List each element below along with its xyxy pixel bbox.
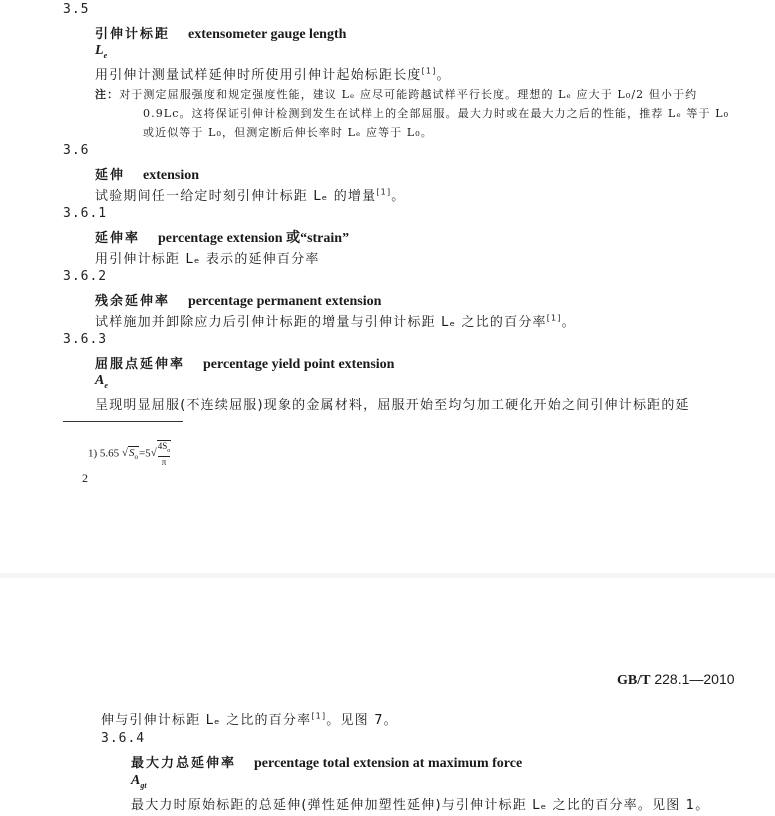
- symbol-3-5: Le: [95, 43, 107, 60]
- reference-mark: [1]: [547, 314, 562, 323]
- term-en: percentage yield point extension: [203, 357, 394, 372]
- section-number-3-6-4: 3.6.4: [101, 731, 145, 746]
- definition-3-6-3-part2: 伸与引伸计标距 Lₑ 之比的百分率[1]。见图 7。: [101, 709, 398, 728]
- term-en: extensometer gauge length: [188, 27, 346, 42]
- page-separator: [0, 573, 775, 578]
- section-number-3-6: 3.6: [63, 143, 89, 158]
- term-zh: 延伸率: [95, 231, 140, 246]
- term-en: percentage total extension at maximum fo…: [254, 756, 522, 771]
- definition-3-5: 用引伸计测量试样延伸时所使用引伸计起始标距长度[1]。: [95, 64, 451, 83]
- definition-3-6-4: 最大力时原始标距的总延伸(弹性延伸加塑性延伸)与引伸计标距 Lₑ 之比的百分率。…: [131, 794, 709, 813]
- note-3-5-line-2: 0.9Lc。这将保证引伸计检测到发生在试样上的全部屈服。最大力时或在最大力之后的…: [143, 105, 729, 121]
- term-3-5: 引伸计标距extensometer gauge length: [95, 23, 346, 43]
- section-number-3-6-2: 3.6.2: [63, 269, 107, 284]
- term-3-6-2: 残余延伸率percentage permanent extension: [95, 290, 381, 310]
- page-number: 2: [82, 471, 88, 486]
- definition-3-6-2: 试样施加并卸除应力后引伸计标距的增量与引伸计标距 Lₑ 之比的百分率[1]。: [95, 311, 576, 330]
- definition-3-6-3-part1: 呈现明显屈服(不连续屈服)现象的金属材料，屈服开始至均匀加工硬化开始之间引伸计标…: [95, 394, 690, 413]
- term-3-6-4: 最大力总延伸率percentage total extension at max…: [131, 752, 522, 772]
- definition-3-6-1: 用引伸计标距 Lₑ 表示的延伸百分率: [95, 248, 320, 267]
- definition-3-6: 试验期间任一给定时刻引伸计标距 Lₑ 的增量[1]。: [95, 185, 405, 204]
- symbol-3-6-4: Agt: [131, 773, 147, 790]
- reference-mark: [1]: [422, 67, 437, 76]
- footnote-divider: [63, 421, 183, 422]
- term-en: percentage permanent extension: [188, 294, 381, 309]
- term-zh: 残余延伸率: [95, 294, 170, 309]
- term-en: percentage extension 或“strain”: [158, 231, 349, 246]
- standard-code-header: GB/T 228.1—2010: [617, 671, 735, 689]
- term-3-6-1: 延伸率percentage extension 或“strain”: [95, 227, 349, 247]
- note-label: 注：: [95, 88, 119, 101]
- note-3-5-line-1: 注：对于测定屈服强度和规定强度性能，建议 Lₑ 应尽可能跨越试样平行长度。理想的…: [95, 86, 697, 102]
- term-zh: 引伸计标距: [95, 27, 170, 42]
- term-zh: 最大力总延伸率: [131, 756, 236, 771]
- section-number-3-6-3: 3.6.3: [63, 332, 107, 347]
- section-number-3-6-1: 3.6.1: [63, 206, 107, 221]
- section-number-3-5: 3.5: [63, 2, 89, 17]
- term-3-6: 延伸extension: [95, 164, 199, 184]
- footnote-1: 1) 5.65 √So=5√4Soπ: [88, 440, 171, 467]
- term-zh: 屈服点延伸率: [95, 357, 185, 372]
- note-3-5-line-3: 或近似等于 L₀，但测定断后伸长率时 Lₑ 应等于 L₀。: [143, 124, 433, 140]
- term-en: extension: [143, 168, 199, 183]
- reference-mark: [1]: [311, 712, 326, 721]
- term-zh: 延伸: [95, 168, 125, 183]
- reference-mark: [1]: [376, 188, 391, 197]
- term-3-6-3: 屈服点延伸率percentage yield point extension: [95, 353, 394, 373]
- symbol-3-6-3: Ae: [95, 373, 108, 390]
